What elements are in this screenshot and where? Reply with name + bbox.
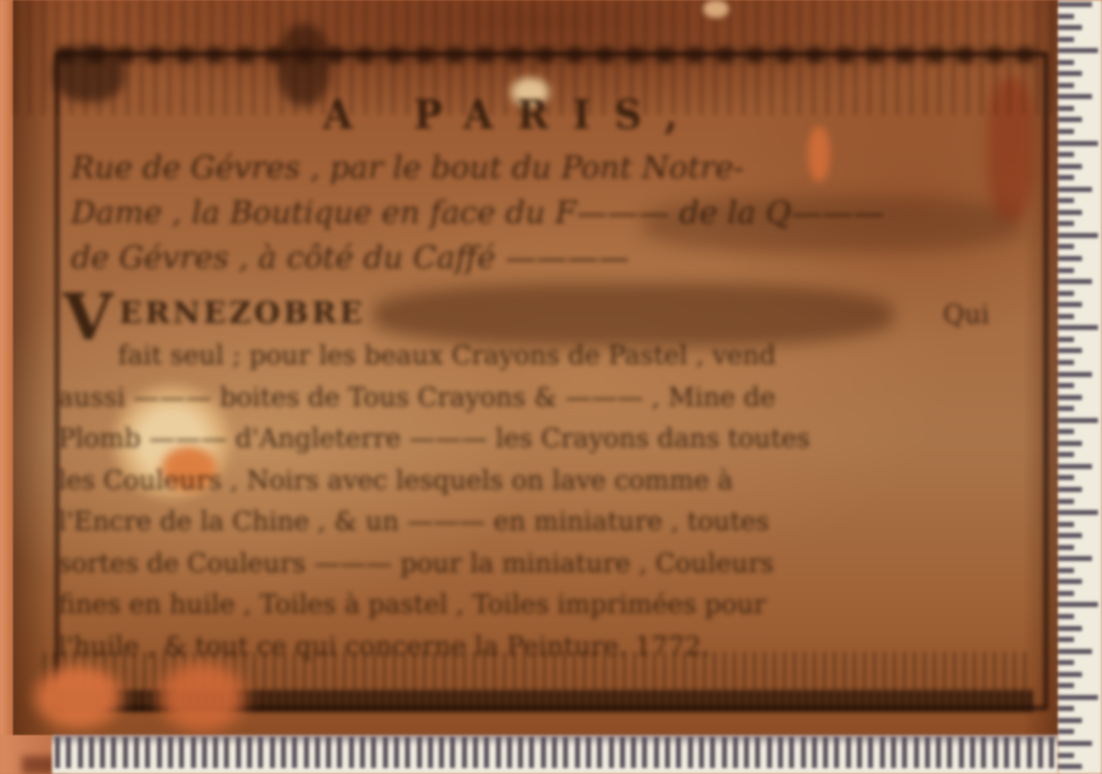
body-text-line: fines en huile , Toiles à pastel , Toile… [58,585,1033,627]
ruler-tick [1058,464,1092,469]
ruler-tick [1058,117,1082,122]
ruler-tick [462,737,467,768]
body-text-line: l'huile , & tout ce qui concerne la Pein… [58,627,1033,669]
ruler-tick [676,737,681,768]
ruler-tick [292,737,297,768]
ruler-tick [202,737,207,768]
ruler-tick [1058,522,1074,527]
ruler-tick [654,737,659,768]
ruler-tick [270,737,275,768]
ruler-tick [1058,325,1098,330]
ruler-tick [484,737,489,768]
ruler-tick [1058,614,1074,619]
ruler-tick [1058,729,1074,734]
ruler-tick [496,737,501,768]
ruler-tick [1058,71,1082,76]
ruler-tick [541,737,546,768]
ruler-tick [179,737,184,768]
ruler-tick [315,737,320,768]
body-text-block: fait seul ; pour les beaux Crayons de Pa… [58,336,1033,668]
ruler-tick [394,737,399,768]
ruler-tick [405,737,410,768]
body-text-line: sortes de Couleurs ——— pour la miniature… [58,544,1033,586]
ruler-tick [563,737,568,768]
address-line-3: de Gévres , à côté du Caffé ———— [71,236,1021,281]
ruler-tick [609,737,614,768]
ruler-tick [1058,395,1082,400]
ruler-tick [111,737,116,768]
ruler-tick [1058,37,1074,42]
ruler-tick [1058,741,1092,746]
ruler-tick [1058,244,1074,249]
ruler-tick [1058,2,1092,7]
ruler-tick [1058,545,1074,550]
ruler-tick [1058,441,1082,446]
ruler-tick [224,737,229,768]
ruler-tick [925,737,930,768]
ruler-tick [1058,556,1092,561]
ruler-tick [1004,737,1009,768]
ruler-tick [1058,683,1074,688]
ruler-tick [1058,452,1074,457]
ruler-tick [552,737,557,768]
ruler-tick [66,737,71,768]
merchant-name: ERNEZOBRE [119,296,365,331]
ruler-tick [1058,337,1074,342]
ruler-tick [665,737,670,768]
ruler-tick [383,737,388,768]
ruler-tick [1058,533,1082,538]
ruler-tick [337,737,342,768]
ruler-tick [959,737,964,768]
ruler-tick [1058,129,1074,134]
ruler-tick [1058,83,1074,88]
ruler-tick [699,737,704,768]
ruler-tick [371,737,376,768]
ruler-tick [767,737,772,768]
ruler-tick [1058,221,1074,226]
ruler-tick [812,737,817,768]
ruler-tick [902,737,907,768]
ruler-tick [1058,187,1092,192]
ruler-tick [236,737,241,768]
ruler-tick [778,737,783,768]
ruler-tick [1058,106,1074,111]
ruler-tick [733,737,738,768]
ruler-tick [1058,649,1092,654]
body-text-line: fait seul ; pour les beaux Crayons de Pa… [58,336,1033,378]
card-heading: A PARIS, [323,91,702,138]
ruler-tick [1058,418,1098,423]
ruler-tick [473,737,478,768]
ruler-tick [1058,141,1098,146]
ruler-tick [981,737,986,768]
ruler-tick [78,737,83,768]
ruler-tick [947,737,952,768]
ruler-tick [1058,406,1074,411]
ruler-tick [1058,25,1082,30]
ruler-tick [914,737,919,768]
ruler-tick [1058,279,1092,284]
ruler-tick [191,737,196,768]
ruler-tick [349,737,354,768]
ruler-tick [1058,695,1098,700]
ruler-tick [1058,579,1082,584]
ruler-tick [846,737,851,768]
ruler-tick [834,737,839,768]
ruler-tick [326,737,331,768]
ruler-tick [755,737,760,768]
merchant-line-tail: Qui [943,300,989,330]
ruler-tick [1058,60,1074,65]
ruler-tick [439,737,444,768]
measurement-ruler-right [1058,0,1102,774]
ruler-tick [993,737,998,768]
address-line-1: Rue de Gévres , par le bout du Pont Notr… [71,146,1021,191]
ruler-tick [1058,372,1092,377]
ruler-tick [281,737,286,768]
ruler-tick [1058,487,1082,492]
ruler-tick [1058,94,1092,99]
ruler-tick [1058,383,1074,388]
ruler-tick [1058,510,1098,515]
ruler-tick [157,737,162,768]
body-text-line: Plomb ——— d'Angleterre ——— les Crayons d… [58,419,1033,461]
aged-paper-document: A PARIS, Rue de Gévres , par le bout du … [13,0,1058,735]
ruler-tick [744,737,749,768]
ruler-tick [134,737,139,768]
ruler-tick [801,737,806,768]
ruler-tick [575,737,580,768]
ruler-tick [1058,164,1082,169]
ruler-tick [258,737,263,768]
printed-text-layer: A PARIS, Rue de Gévres , par le bout du … [13,0,1058,735]
address-block: Rue de Gévres , par le bout du Pont Notr… [71,146,1021,281]
ruler-tick [1058,660,1074,665]
ruler-tick [631,737,636,768]
ruler-tick [1058,198,1074,203]
ruler-tick [1058,48,1098,53]
ruler-tick [722,737,727,768]
ruler-tick [1058,268,1074,273]
ruler-tick [1058,568,1074,573]
ruler-tick [710,737,715,768]
ruler-tick [145,737,150,768]
ruler-tick [123,737,128,768]
ruler-tick [1058,302,1082,307]
ruler-tick [1058,256,1082,261]
ruler-tick [857,737,862,768]
ruler-tick [1058,291,1074,296]
ruler-tick [970,737,975,768]
measurement-ruler-bottom [52,735,1058,774]
ruler-tick [586,737,591,768]
ruler-tick [620,737,625,768]
ruler-tick [642,737,647,768]
ruler-tick [1058,175,1074,180]
ruler-tick [1058,672,1082,677]
ruler-tick [1015,737,1020,768]
ruler-tick [1058,706,1074,711]
ruler-tick [1058,210,1082,215]
archival-photo-of-trade-card: A PARIS, Rue de Gévres , par le bout du … [0,0,1102,774]
ruler-tick [1058,360,1074,365]
ruler-tick [823,737,828,768]
ruler-tick [1058,14,1074,19]
ruler-tick [428,737,433,768]
ruler-tick [1058,499,1074,504]
ruler-tick [304,737,309,768]
ruler-tick [100,737,105,768]
body-text-line: les Couleurs , Noirs avec lesquels on la… [58,461,1033,503]
ruler-tick [168,737,173,768]
photo-layer: A PARIS, Rue de Gévres , par le bout du … [0,0,1102,774]
ruler-tick [1058,314,1074,319]
ruler-tick [1058,233,1098,238]
ruler-tick [1058,764,1082,769]
body-text-line: l'Encre de la Chine , & un ——— en miniat… [58,502,1033,544]
ruler-tick [450,737,455,768]
ruler-tick [507,737,512,768]
ruler-tick [55,737,60,768]
ruler-tick [89,737,94,768]
ruler-tick [1058,152,1074,157]
ruler-tick [1058,348,1082,353]
ruler-tick [529,737,534,768]
ruler-tick [1038,737,1043,768]
ruler-tick [1058,602,1098,607]
ruler-tick [417,737,422,768]
ruler-tick [1049,737,1054,768]
ruler-tick [1058,626,1082,631]
ruler-tick [360,737,365,768]
ruler-tick [880,737,885,768]
ruler-tick [1058,429,1074,434]
address-line-2: Dame , la Boutique en face du F——— de la… [71,191,1021,236]
ruler-tick [518,737,523,768]
ruler-tick [789,737,794,768]
ruler-tick [1058,475,1074,480]
body-text-line: aussi ——— boites de Tous Crayons & ——— ,… [58,378,1033,420]
ruler-tick [868,737,873,768]
ruler-tick [936,737,941,768]
ruler-tick [1027,737,1032,768]
ruler-tick [891,737,896,768]
ruler-tick [1058,637,1074,642]
ruler-tick [688,737,693,768]
ruler-tick [1058,753,1074,758]
ruler-tick [1058,591,1074,596]
ruler-tick [597,737,602,768]
ruler-tick [1058,718,1082,723]
ruler-tick [247,737,252,768]
ruler-tick [213,737,218,768]
